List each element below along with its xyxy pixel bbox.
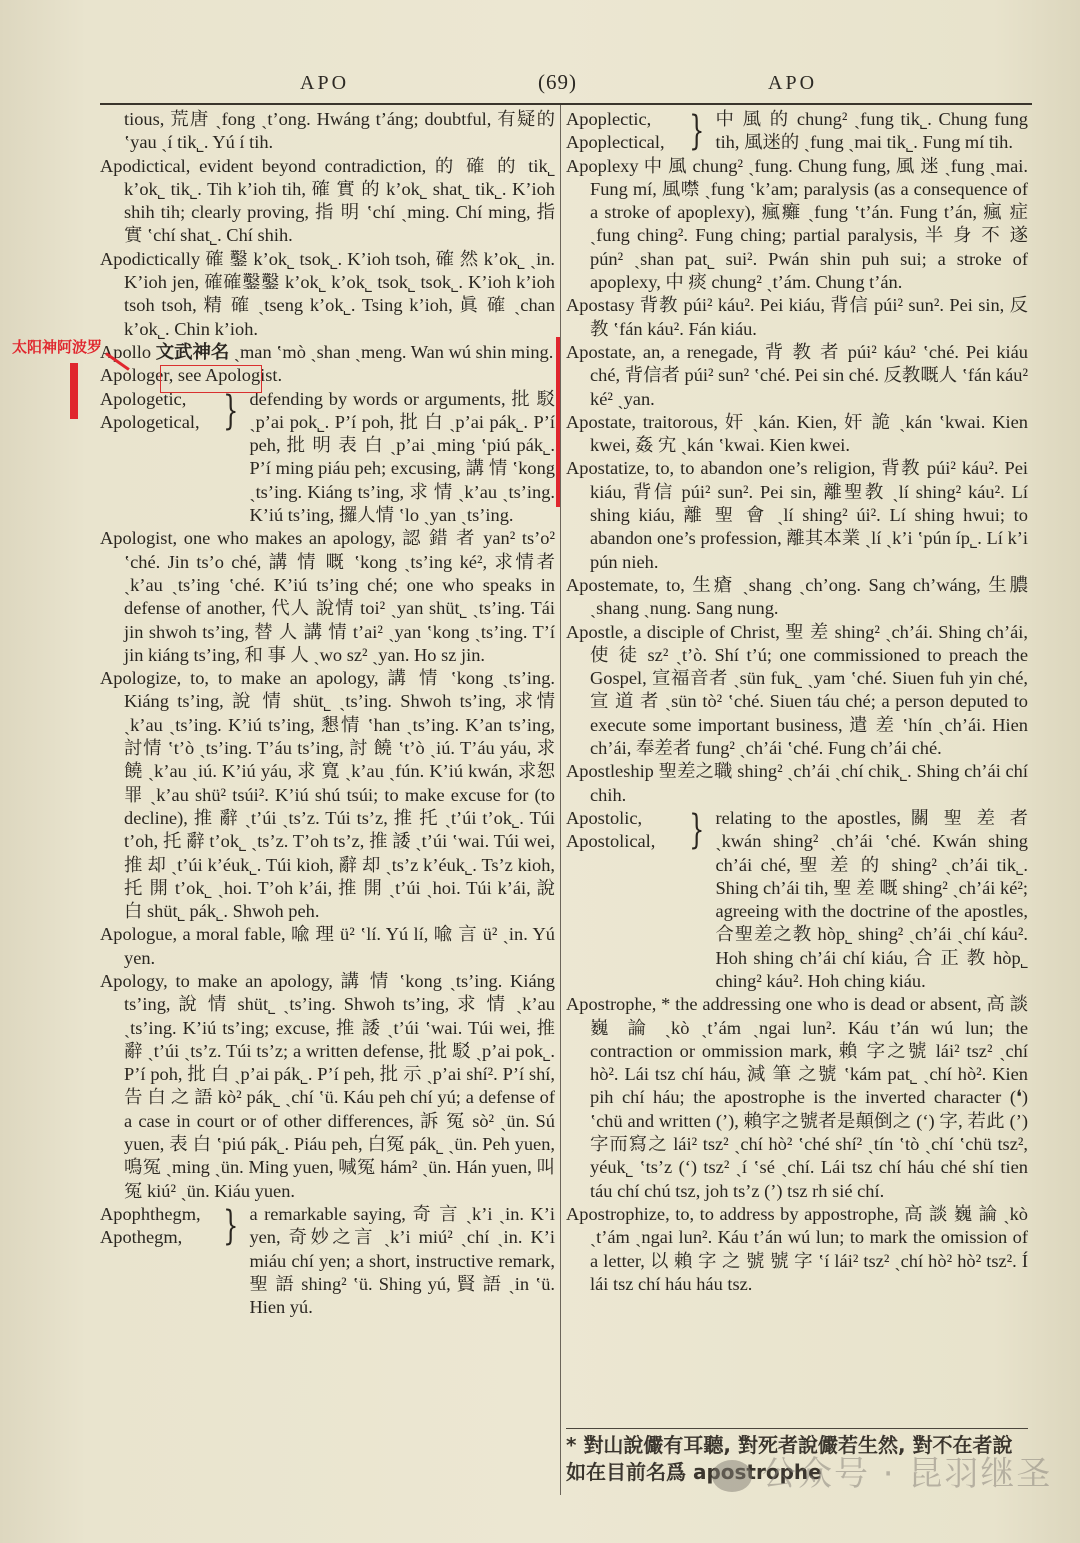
dictionary-page: APO (69) APO tious, 荒唐 ˏfong ˏt’ong. Hwá…: [0, 0, 1080, 1543]
entry-apodictically: Apodictically 確 鑿 k’ok˾ tsok˾. K’ioh tso…: [100, 248, 555, 341]
entry-apologue: Apologue, a moral fable, 喩 理 ü² ʽlí. Yú …: [100, 923, 555, 970]
entry-apodictical: Apodictical, evident beyond contradictio…: [100, 155, 555, 248]
entry-continuation: tious, 荒唐 ˏfong ˏt’ong. Hwáng t’áng; dou…: [100, 108, 555, 155]
highlighted-term: 文武神名: [156, 342, 230, 363]
running-head-left: APO: [300, 72, 349, 95]
brace-symbol: }: [223, 388, 238, 434]
annotation-marker-right: [556, 337, 560, 507]
brace-symbol: }: [689, 108, 704, 154]
footnote-rule: [566, 1428, 1028, 1429]
footnote-marker: *: [566, 1433, 576, 1457]
entry-apollo: Apollo 文武神名 ˏman ʽmò ˏshan ˏmeng. Wan wú…: [100, 341, 555, 364]
left-column: tious, 荒唐 ˏfong ˏt’ong. Hwáng t’áng; dou…: [100, 108, 555, 1319]
watermark: 公众号 · 昆羽继圣: [712, 1446, 1052, 1495]
entry-apostemate: Apostemate, to, 生瘡 ˏshang ˏch’ong. Sang …: [566, 574, 1028, 621]
entry-apostate-renegade: Apostate, an, a renegade, 背 教 者 púi² káu…: [566, 341, 1028, 411]
annotation-label: 太阳神阿波罗: [12, 336, 102, 357]
entry-apostasy: Apostasy 背教 púi² káu². Pei kiáu, 背信 púi²…: [566, 294, 1028, 341]
entry-apostle: Apostle, a disciple of Christ, 聖 差 shing…: [566, 621, 1028, 761]
entry-apoplectic: Apoplectic, Apoplectical, } 中 風 的 chung²…: [566, 108, 1028, 155]
column-divider: [560, 105, 561, 1495]
running-head-right: APO: [768, 72, 817, 95]
entry-apologize: Apologize, to, to make an apology, 講 情 ʽ…: [100, 667, 555, 923]
entry-apostrophe: Apostrophe, * the addressing one who is …: [566, 993, 1028, 1203]
right-column: Apoplectic, Apoplectical, } 中 風 的 chung²…: [566, 108, 1028, 1296]
page-header: APO (69) APO: [100, 70, 1030, 100]
entry-apophthegm: Apophthegm, Apothegm, } a remarkable say…: [100, 1203, 555, 1319]
annotation-marker-left: [70, 363, 78, 419]
annotation-highlight-box: [160, 365, 262, 393]
brace-symbol: }: [689, 807, 704, 853]
entry-apologist: Apologist, one who makes an apology, 認 錯…: [100, 527, 555, 667]
entry-apostleship: Apostleship 聖差之職 shing² ˏch’ái ˏchí chik…: [566, 760, 1028, 807]
entry-apology: Apology, to make an apology, 講 情 ʽkong ˏ…: [100, 970, 555, 1203]
brace-symbol: }: [223, 1203, 238, 1249]
page-number: (69): [538, 70, 577, 95]
entry-apoplexy: Apoplexy 中 風 chung² ˏfung. Chung fung, 風…: [566, 155, 1028, 295]
entry-apostatize: Apostatize, to, to abandon one’s religio…: [566, 457, 1028, 573]
wechat-icon: [712, 1460, 752, 1492]
entry-apostate-traitorous: Apostate, traitorous, 奸 ˏkán. Kien, 奸 詭 …: [566, 411, 1028, 458]
entry-apostolic: Apostolic, Apostolical, } relating to th…: [566, 807, 1028, 993]
entry-apostrophize: Apostrophize, to, to address by appostro…: [566, 1203, 1028, 1296]
entry-apologetic: Apologetic, Apologetical, } defending by…: [100, 388, 555, 528]
header-rule: [100, 103, 1032, 105]
